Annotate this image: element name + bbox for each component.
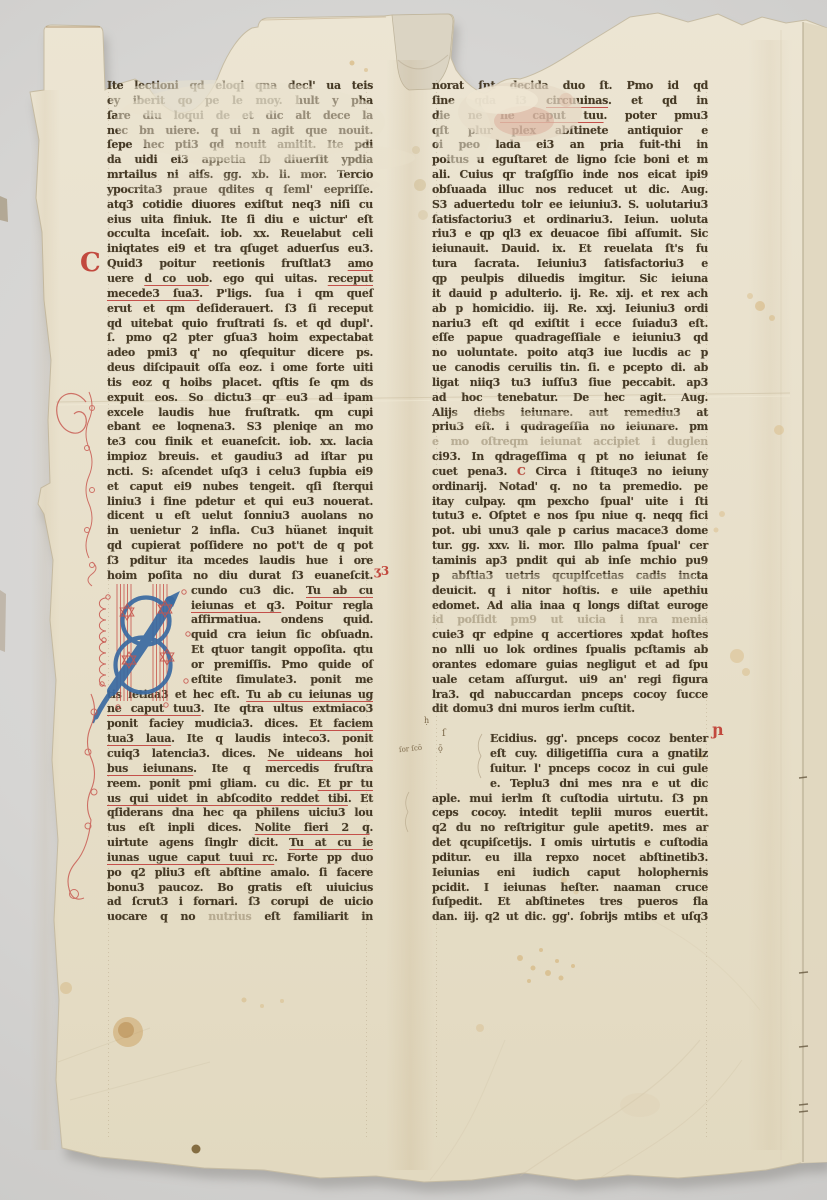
damage-patches [110,80,695,587]
gloss-brackets [406,734,483,832]
photo-stage: Ite lectioni qd eloqi qna decl' ua teise… [0,0,827,1200]
decoration-layer [0,0,827,1200]
decorated-initial-S [57,392,191,899]
penwork-margin-flourish [57,392,97,899]
